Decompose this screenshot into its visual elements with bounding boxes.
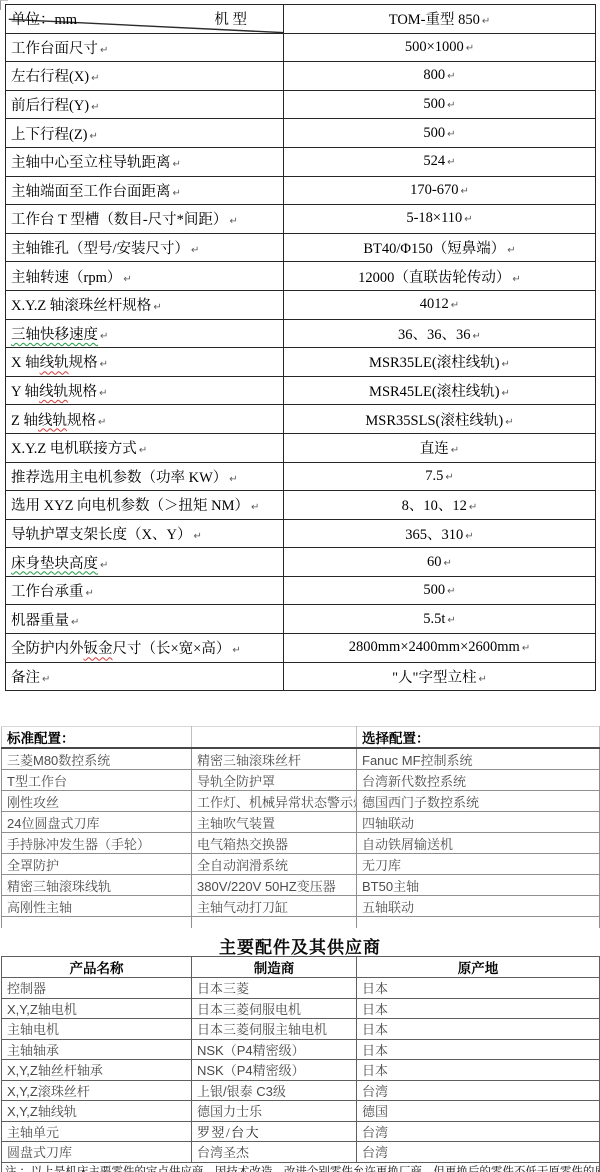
spec-value: 12000（直联齿轮传动） <box>358 270 510 286</box>
return-mark-icon: ↵ <box>512 274 520 285</box>
spec-sheet-page: 单位：mm 机 型 TOM-重型 850↵ 工作台面尺寸↵ 500×1000↵ … <box>0 0 600 1172</box>
manufacturer: NSK（P4精密级） <box>197 1043 305 1058</box>
spec-label: 工作台 T 型槽（数目-尺寸*间距） <box>11 212 227 228</box>
config-cell: 精密三轴滚珠丝杆 <box>192 748 357 770</box>
diagonal-header-cell: 单位：mm 机 型 <box>6 5 284 34</box>
manufacturer-cell: 日本三菱伺服电机 <box>192 998 357 1019</box>
spec-value: 500 <box>423 582 445 598</box>
spec-row: 上下行程(Z)↵ 500↵ <box>6 119 596 148</box>
return-mark-icon: ↵ <box>522 643 530 654</box>
spec-label-cell: 前后行程(Y)↵ <box>6 90 284 119</box>
supplier-row: 圆盘式刀库 台湾圣杰 台湾 <box>2 1142 600 1163</box>
return-mark-icon: ↵ <box>464 214 472 225</box>
manufacturer: NSK（P4精密级） <box>197 1063 305 1078</box>
config-item: BT50主轴 <box>362 879 419 894</box>
manufacturer: 德国力士乐 <box>197 1104 262 1119</box>
return-mark-icon: ↵ <box>100 359 108 370</box>
spec-row: 备注↵ "人"字型立柱↵ <box>6 662 596 691</box>
spec-value-cell: MSR45LE(滚柱线轨)↵ <box>284 376 596 405</box>
spec-value-cell: 4012↵ <box>284 290 596 319</box>
product-name: 主轴单元 <box>7 1125 59 1140</box>
origin-cell: 日本 <box>357 1019 600 1040</box>
spec-row: 前后行程(Y)↵ 500↵ <box>6 90 596 119</box>
spec-row: 床身垫块高度↵ 60↵ <box>6 548 596 577</box>
column-header-cell: 原产地 <box>357 957 600 978</box>
optional-config-header-cell: 选择配置： <box>357 727 600 749</box>
config-empty-row <box>2 917 600 929</box>
config-cell: 380V/220V 50HZ变压器 <box>192 875 357 896</box>
origin: 台湾 <box>362 1084 388 1099</box>
return-mark-icon: ↵ <box>153 302 161 313</box>
spec-label-cell: X.Y.Z 轴滚珠丝杆规格↵ <box>6 290 284 319</box>
spec-label: Z 轴 <box>11 413 38 429</box>
spec-value-cell: 524↵ <box>284 147 596 176</box>
origin: 德国 <box>362 1104 388 1119</box>
spec-label-cell: 选用 XYZ 向电机参数（＞扭矩 NM）↵ <box>6 491 284 520</box>
spec-label: X.Y.Z 电机联接方式 <box>11 441 137 457</box>
manufacturer-cell: 罗翌/台大 <box>192 1121 357 1142</box>
spec-label-cell: 工作台 T 型槽（数目-尺寸*间距）↵ <box>6 205 284 234</box>
config-cell: 全罩防护 <box>2 854 192 875</box>
origin: 日本 <box>362 1043 388 1058</box>
return-mark-icon: ↵ <box>100 331 108 342</box>
spec-label-cell: Y 轴线轨规格↵ <box>6 376 284 405</box>
config-item: 全罩防护 <box>7 858 59 873</box>
origin-cell: 德国 <box>357 1101 600 1122</box>
supplier-row: 主轴电机 日本三菱伺服主轴电机 日本 <box>2 1019 600 1040</box>
manufacturer-cell: NSK（P4精密级） <box>192 1039 357 1060</box>
spec-value-cell: 7.5↵ <box>284 462 596 491</box>
spec-value-cell: 5.5t↵ <box>284 605 596 634</box>
configuration-table: 标准配置： 选择配置： 三菱M80数控系统 精密三轴滚珠丝杆 Fanuc MF控… <box>1 726 600 928</box>
spec-row: X.Y.Z 电机联接方式↵ 直连↵ <box>6 433 596 462</box>
spec-label-cell: 全防护内外钣金尺寸（长×宽×高）↵ <box>6 634 284 663</box>
spec-row: Z 轴线轨规格↵ MSR35SLS(滚柱线轨)↵ <box>6 405 596 434</box>
return-mark-icon: ↵ <box>465 531 473 542</box>
suppliers-note: 注 ：以上是机床主要零件的定点供应商，因技术改造、改进个别零件允许更换厂商，但更… <box>5 1166 600 1172</box>
return-mark-icon: ↵ <box>99 388 107 399</box>
origin: 日本 <box>362 1022 388 1037</box>
spec-value: 4012 <box>420 296 449 312</box>
config-item: 24位圆盘式刀库 <box>7 816 99 831</box>
product-name-cell: 主轴电机 <box>2 1019 192 1040</box>
return-mark-icon: ↵ <box>507 245 515 256</box>
product-name-cell: X,Y,Z轴丝杆轴承 <box>2 1060 192 1081</box>
config-cell: BT50主轴 <box>357 875 600 896</box>
return-mark-icon: ↵ <box>502 388 510 399</box>
config-row: 刚性攻丝 工作灯、机械异常状态警示灯 德国西门子数控系统 <box>2 791 600 812</box>
spec-label: Y 轴 <box>11 384 39 400</box>
spec-label: 主轴锥孔（型号/安装尺寸） <box>11 241 189 257</box>
return-mark-icon: ↵ <box>139 445 147 456</box>
spec-label: 上下行程(Z) <box>11 127 88 143</box>
config-cell <box>357 917 600 929</box>
spec-row: 主轴转速（rpm）↵ 12000（直联齿轮传动）↵ <box>6 262 596 291</box>
origin-cell: 日本 <box>357 978 600 999</box>
spec-label: 床身垫块高度 <box>11 556 98 572</box>
config-cell: 工作灯、机械异常状态警示灯 <box>192 791 357 812</box>
spec-value-cell: 2800mm×2400mm×2600mm↵ <box>284 634 596 663</box>
return-mark-icon: ↵ <box>447 100 455 111</box>
spec-value-cell: 12000（直联齿轮传动）↵ <box>284 262 596 291</box>
return-mark-icon: ↵ <box>229 216 237 227</box>
spec-label: 规格 <box>69 355 98 371</box>
suppliers-note-row: 注 ：以上是机床主要零件的定点供应商，因技术改造、改进个别零件允许更换厂商，但更… <box>2 1162 600 1172</box>
config-row: T型工作台 导轨全防护罩 台湾新代数控系统 <box>2 770 600 791</box>
config-item: 精密三轴滚珠线轨 <box>7 879 111 894</box>
spec-row: 工作台承重↵ 500↵ <box>6 576 596 605</box>
standard-config-header: 标准配置： <box>7 731 75 746</box>
spec-value-cell: MSR35LE(滚柱线轨)↵ <box>284 348 596 377</box>
spec-label: 备注 <box>11 670 40 686</box>
config-item: 导轨全防护罩 <box>197 774 275 789</box>
return-mark-icon: ↵ <box>445 472 453 483</box>
spec-value: 524 <box>423 153 445 169</box>
return-mark-icon: ↵ <box>98 417 106 428</box>
spec-row: 选用 XYZ 向电机参数（＞扭矩 NM）↵ 8、10、12↵ <box>6 491 596 520</box>
column-header-cell: 制造商 <box>192 957 357 978</box>
config-item: 德国西门子数控系统 <box>362 795 479 810</box>
config-cell: 刚性攻丝 <box>2 791 192 812</box>
config-cell: T型工作台 <box>2 770 192 791</box>
return-mark-icon: ↵ <box>42 674 50 685</box>
suppliers-header-row: 产品名称 制造商 原产地 <box>2 957 600 978</box>
return-mark-icon: ↵ <box>251 502 259 513</box>
model-label: 机 型 <box>214 8 247 29</box>
spec-label: X.Y.Z 轴滚珠丝杆规格 <box>11 298 151 314</box>
manufacturer: 台湾圣杰 <box>197 1145 249 1160</box>
spec-row: X.Y.Z 轴滚珠丝杆规格↵ 4012↵ <box>6 290 596 319</box>
spec-label: 尺寸（长×宽×高） <box>113 641 231 657</box>
config-cell: 四轴联动 <box>357 812 600 833</box>
spec-value: MSR35LE(滚柱线轨) <box>369 355 500 371</box>
spec-value: MSR45LE(滚柱线轨) <box>369 384 500 400</box>
spec-value: 5.5t <box>423 611 445 627</box>
product-name-cell: X,Y,Z轴线轨 <box>2 1101 192 1122</box>
spec-label-cell: 工作台面尺寸↵ <box>6 33 284 62</box>
spec-value: BT40/Φ150（短鼻端） <box>363 241 505 257</box>
product-name: 控制器 <box>7 981 46 996</box>
config-cell: 24位圆盘式刀库 <box>2 812 192 833</box>
config-item: 手持脉冲发生器（手轮） <box>7 837 150 852</box>
spec-value: 8、10、12 <box>402 498 467 514</box>
supplier-row: 主轴轴承 NSK（P4精密级） 日本 <box>2 1039 600 1060</box>
config-cell: 三菱M80数控系统 <box>2 748 192 770</box>
manufacturer: 日本三菱 <box>197 981 249 996</box>
config-cell <box>2 917 192 929</box>
spec-row: 工作台 T 型槽（数目-尺寸*间距）↵ 5-18×110↵ <box>6 205 596 234</box>
column-header: 原产地 <box>458 961 499 976</box>
origin-cell: 台湾 <box>357 1142 600 1163</box>
config-cell: 台湾新代数控系统 <box>357 770 600 791</box>
origin-cell: 台湾 <box>357 1121 600 1142</box>
origin-cell: 日本 <box>357 1060 600 1081</box>
config-item: Fanuc MF控制系统 <box>362 753 473 768</box>
spec-label: 导轨护罩支架长度（X、Y） <box>11 527 191 543</box>
spec-row: X 轴线轨规格↵ MSR35LE(滚柱线轨)↵ <box>6 348 596 377</box>
spec-row: 三轴快移速度↵ 36、36、36↵ <box>6 319 596 348</box>
spec-label-misspelled: 线轨 <box>38 413 67 429</box>
column-header-cell: 产品名称 <box>2 957 192 978</box>
spec-row: Y 轴线轨规格↵ MSR45LE(滚柱线轨)↵ <box>6 376 596 405</box>
spec-value: 170-670 <box>410 182 458 198</box>
spec-value-cell: 365、310↵ <box>284 519 596 548</box>
config-item: 主轴气动打刀缸 <box>197 900 288 915</box>
return-mark-icon: ↵ <box>173 159 181 170</box>
manufacturer-cell: 上银/银泰 C3级 <box>192 1080 357 1101</box>
manufacturer: 上银/银泰 C3级 <box>197 1084 286 1099</box>
spec-label-misspelled: 线轨 <box>40 355 69 371</box>
config-item: 刚性攻丝 <box>7 795 59 810</box>
config-cell: 电气箱热交换器 <box>192 833 357 854</box>
return-mark-icon: ↵ <box>466 43 474 54</box>
spec-header-row: 单位：mm 机 型 TOM-重型 850↵ <box>6 5 596 34</box>
product-name: X,Y,Z滚珠丝杆 <box>7 1084 90 1099</box>
config-row: 高刚性主轴 主轴气动打刀缸 五轴联动 <box>2 896 600 917</box>
spec-label-cell: 备注↵ <box>6 662 284 691</box>
return-mark-icon: ↵ <box>478 674 486 685</box>
return-mark-icon: ↵ <box>86 588 94 599</box>
supplier-row: X,Y,Z轴线轨 德国力士乐 德国 <box>2 1101 600 1122</box>
spec-label: 主轴端面至工作台面距离 <box>11 184 171 200</box>
config-cell: 高刚性主轴 <box>2 896 192 917</box>
product-name: 主轴电机 <box>7 1022 59 1037</box>
supplier-row: X,Y,Z轴丝杆轴承 NSK（P4精密级） 日本 <box>2 1060 600 1081</box>
return-mark-icon: ↵ <box>100 560 108 571</box>
spec-value-cell: BT40/Φ150（短鼻端）↵ <box>284 233 596 262</box>
unit-label: 单位：mm <box>11 8 77 29</box>
spec-label: 三轴快移速度 <box>11 327 98 343</box>
config-cell: 精密三轴滚珠线轨 <box>2 875 192 896</box>
config-item: 无刀库 <box>362 858 401 873</box>
spec-row: 主轴锥孔（型号/安装尺寸）↵ BT40/Φ150（短鼻端）↵ <box>6 233 596 262</box>
spec-label-cell: 推荐选用主电机参数（功率 KW）↵ <box>6 462 284 491</box>
spec-value: 500 <box>423 96 445 112</box>
config-item: 自动铁屑输送机 <box>362 837 453 852</box>
spec-value-cell: "人"字型立柱↵ <box>284 662 596 691</box>
spec-value: 36、36、36 <box>398 327 471 343</box>
manufacturer: 日本三菱伺服主轴电机 <box>197 1022 327 1037</box>
origin: 日本 <box>362 1063 388 1078</box>
spec-row: 工作台面尺寸↵ 500×1000↵ <box>6 33 596 62</box>
origin: 日本 <box>362 1002 388 1017</box>
return-mark-icon: ↵ <box>91 73 99 84</box>
spec-value: 5-18×110 <box>406 210 462 226</box>
config-item: 全自动润滑系统 <box>197 858 288 873</box>
spec-value-cell: 500↵ <box>284 576 596 605</box>
spec-label: 机器重量 <box>11 613 69 629</box>
manufacturer-cell: 日本三菱 <box>192 978 357 999</box>
column-header: 产品名称 <box>70 961 124 976</box>
manufacturer-cell: NSK（P4精密级） <box>192 1060 357 1081</box>
supplier-row: 控制器 日本三菱 日本 <box>2 978 600 999</box>
product-name: X,Y,Z轴线轨 <box>7 1104 77 1119</box>
spec-label: 工作台承重 <box>11 584 84 600</box>
supplier-row: 主轴单元 罗翌/台大 台湾 <box>2 1121 600 1142</box>
spec-value-cell: 5-18×110↵ <box>284 205 596 234</box>
return-mark-icon: ↵ <box>505 417 513 428</box>
product-name: X,Y,Z轴丝杆轴承 <box>7 1063 103 1078</box>
spec-row: 左右行程(X)↵ 800↵ <box>6 62 596 91</box>
config-cell: 无刀库 <box>357 854 600 875</box>
return-mark-icon: ↵ <box>71 617 79 628</box>
supplier-row: X,Y,Z滚珠丝杆 上银/银泰 C3级 台湾 <box>2 1080 600 1101</box>
config-header-row: 标准配置： 选择配置： <box>2 727 600 749</box>
return-mark-icon: ↵ <box>229 474 237 485</box>
config-cell: 德国西门子数控系统 <box>357 791 600 812</box>
return-mark-icon: ↵ <box>90 131 98 142</box>
config-item: T型工作台 <box>7 774 67 789</box>
model-value-cell: TOM-重型 850↵ <box>284 5 596 34</box>
return-mark-icon: ↵ <box>91 102 99 113</box>
config-item: 台湾新代数控系统 <box>362 774 466 789</box>
manufacturer: 罗翌/台大 <box>197 1125 260 1140</box>
config-cell: 手持脉冲发生器（手轮） <box>2 833 192 854</box>
product-name-cell: 主轴单元 <box>2 1121 192 1142</box>
spec-value: "人"字型立柱 <box>392 670 476 686</box>
manufacturer-cell: 德国力士乐 <box>192 1101 357 1122</box>
model-value: TOM-重型 850 <box>389 12 480 28</box>
config-item: 四轴联动 <box>362 816 414 831</box>
return-mark-icon: ↵ <box>447 615 455 626</box>
spec-row: 全防护内外钣金尺寸（长×宽×高）↵ 2800mm×2400mm×2600mm↵ <box>6 634 596 663</box>
return-mark-icon: ↵ <box>469 502 477 513</box>
spec-value-cell: 60↵ <box>284 548 596 577</box>
spec-row: 主轴中心至立柱导轨距离↵ 524↵ <box>6 147 596 176</box>
spec-label-cell: 机器重量↵ <box>6 605 284 634</box>
spec-label-cell: 上下行程(Z)↵ <box>6 119 284 148</box>
config-cell: 导轨全防护罩 <box>192 770 357 791</box>
spec-label-cell: 主轴中心至立柱导轨距离↵ <box>6 147 284 176</box>
config-cell: 主轴气动打刀缸 <box>192 896 357 917</box>
column-header: 制造商 <box>254 961 295 976</box>
spec-label: 规格 <box>68 384 97 400</box>
spec-label: 前后行程(Y) <box>11 98 89 114</box>
config-cell: Fanuc MF控制系统 <box>357 748 600 770</box>
return-mark-icon: ↵ <box>193 531 201 542</box>
return-mark-icon: ↵ <box>451 300 459 311</box>
config-item: 380V/220V 50HZ变压器 <box>197 879 336 894</box>
spec-value: 365、310 <box>405 527 463 543</box>
suppliers-title: 主要配件及其供应商 <box>0 933 600 958</box>
spec-label-misspelled: 线轨 <box>39 384 68 400</box>
spec-label-cell: 主轴端面至工作台面距离↵ <box>6 176 284 205</box>
config-cell: 五轴联动 <box>357 896 600 917</box>
spec-label-cell: X.Y.Z 电机联接方式↵ <box>6 433 284 462</box>
origin-cell: 台湾 <box>357 1080 600 1101</box>
spec-value-cell: 36、36、36↵ <box>284 319 596 348</box>
return-mark-icon: ↵ <box>460 186 468 197</box>
manufacturer: 日本三菱伺服电机 <box>197 1002 301 1017</box>
return-mark-icon: ↵ <box>100 45 108 56</box>
config-item: 电气箱热交换器 <box>197 837 288 852</box>
main-spec-table: 单位：mm 机 型 TOM-重型 850↵ 工作台面尺寸↵ 500×1000↵ … <box>5 4 596 691</box>
spec-label-cell: X 轴线轨规格↵ <box>6 348 284 377</box>
suppliers-table: 产品名称 制造商 原产地 控制器 日本三菱 日本 X,Y,Z轴电机 日本三菱伺服… <box>1 956 600 1172</box>
config-row: 三菱M80数控系统 精密三轴滚珠丝杆 Fanuc MF控制系统 <box>2 748 600 770</box>
return-mark-icon: ↵ <box>123 274 131 285</box>
spec-value-cell: 8、10、12↵ <box>284 491 596 520</box>
config-item: 三菱M80数控系统 <box>7 753 110 768</box>
spec-value: 7.5 <box>425 468 443 484</box>
product-name-cell: X,Y,Z滚珠丝杆 <box>2 1080 192 1101</box>
return-mark-icon: ↵ <box>447 71 455 82</box>
spec-value: MSR35SLS(滚柱线轨) <box>365 413 503 429</box>
spec-row: 机器重量↵ 5.5t↵ <box>6 605 596 634</box>
config-item: 主轴吹气装置 <box>197 816 275 831</box>
spec-label: 主轴转速（rpm） <box>11 270 121 286</box>
product-name: 主轴轴承 <box>7 1043 59 1058</box>
origin: 台湾 <box>362 1145 388 1160</box>
spec-value: 800 <box>423 67 445 83</box>
spec-row: 主轴端面至工作台面距离↵ 170-670↵ <box>6 176 596 205</box>
product-name: X,Y,Z轴电机 <box>7 1002 77 1017</box>
config-item: 工作灯、机械异常状态警示灯 <box>197 795 357 810</box>
spec-label-cell: 床身垫块高度↵ <box>6 548 284 577</box>
spec-label-cell: Z 轴线轨规格↵ <box>6 405 284 434</box>
spec-value: 直连 <box>420 441 449 457</box>
spec-label: 工作台面尺寸 <box>11 41 98 57</box>
spec-label: 选用 XYZ 向电机参数（＞扭矩 NM） <box>11 498 249 514</box>
spec-value-cell: 500↵ <box>284 119 596 148</box>
return-mark-icon: ↵ <box>191 245 199 256</box>
spec-value-cell: 直连↵ <box>284 433 596 462</box>
return-mark-icon: ↵ <box>173 188 181 199</box>
standard-config-header-cell: 标准配置： <box>2 727 192 749</box>
spec-value-cell: 800↵ <box>284 62 596 91</box>
spec-value-cell: 170-670↵ <box>284 176 596 205</box>
spec-label: 左右行程(X) <box>11 69 89 85</box>
product-name-cell: 控制器 <box>2 978 192 999</box>
spec-label: X 轴 <box>11 355 40 371</box>
return-mark-icon: ↵ <box>447 129 455 140</box>
return-mark-icon: ↵ <box>482 16 490 27</box>
config-item: 精密三轴滚珠丝杆 <box>197 753 301 768</box>
spec-label: 推荐选用主电机参数（功率 KW） <box>11 470 227 486</box>
spec-value-cell: 500↵ <box>284 90 596 119</box>
return-mark-icon: ↵ <box>502 359 510 370</box>
product-name: 圆盘式刀库 <box>7 1145 72 1160</box>
spec-value: 500 <box>423 125 445 141</box>
spec-row: 导轨护罩支架长度（X、Y）↵ 365、310↵ <box>6 519 596 548</box>
config-header-spacer-cell <box>192 727 357 749</box>
spec-label: 主轴中心至立柱导轨距离 <box>11 155 171 171</box>
origin-cell: 日本 <box>357 998 600 1019</box>
spec-label-cell: 主轴锥孔（型号/安装尺寸）↵ <box>6 233 284 262</box>
optional-config-header: 选择配置： <box>362 731 430 746</box>
origin: 日本 <box>362 981 388 996</box>
return-mark-icon: ↵ <box>447 157 455 168</box>
spec-label: 全防护内外 <box>11 641 84 657</box>
return-mark-icon: ↵ <box>473 331 481 342</box>
product-name-cell: 主轴轴承 <box>2 1039 192 1060</box>
spec-value: 500×1000 <box>405 39 464 55</box>
spec-label-cell: 左右行程(X)↵ <box>6 62 284 91</box>
return-mark-icon: ↵ <box>444 558 452 569</box>
return-mark-icon: ↵ <box>232 645 240 656</box>
manufacturer-cell: 日本三菱伺服主轴电机 <box>192 1019 357 1040</box>
product-name-cell: X,Y,Z轴电机 <box>2 998 192 1019</box>
config-row: 手持脉冲发生器（手轮） 电气箱热交换器 自动铁屑输送机 <box>2 833 600 854</box>
spec-row: 推荐选用主电机参数（功率 KW）↵ 7.5↵ <box>6 462 596 491</box>
config-cell <box>192 917 357 929</box>
origin: 台湾 <box>362 1125 388 1140</box>
config-cell: 全自动润滑系统 <box>192 854 357 875</box>
spec-value-cell: 500×1000↵ <box>284 33 596 62</box>
config-item: 五轴联动 <box>362 900 414 915</box>
return-mark-icon: ↵ <box>447 586 455 597</box>
config-cell: 自动铁屑输送机 <box>357 833 600 854</box>
